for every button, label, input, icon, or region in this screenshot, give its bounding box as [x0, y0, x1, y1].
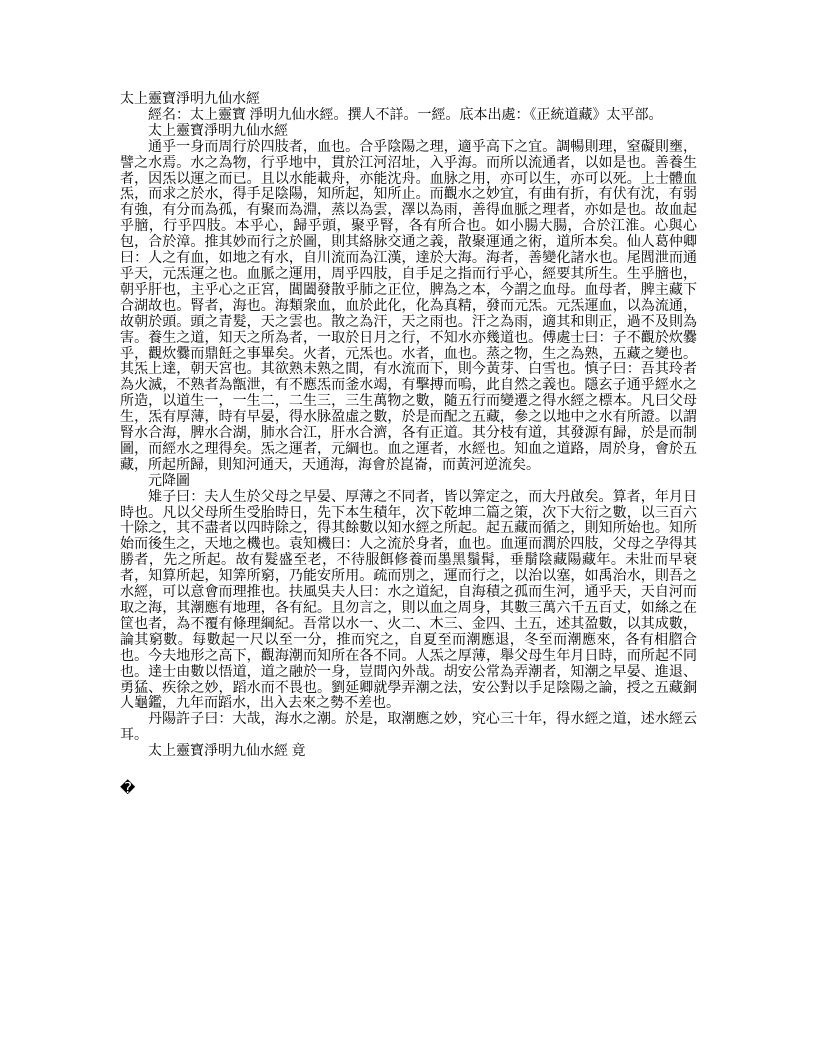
document-page: 太上靈寶淨明九仙水經 經名：太上靈寶 淨明九仙水經。撰人不詳。一經。底本出處：《…: [0, 0, 816, 1056]
body-paragraph-1: 通乎一身而周行於四肢者，血也。合乎陰陽之理，適乎高下之宜。調暢則理，窒礙則壅，譬…: [120, 140, 697, 474]
replacement-character-glyph: �: [120, 781, 697, 797]
body-paragraph-2: 雉子曰：夫人生於父母之早晏、厚薄之不同者，皆以筭定之，而大丹啟矣。算者，年月日時…: [120, 490, 697, 713]
end-line: 太上靈寶淨明九仙水經 竟: [120, 744, 697, 760]
section-heading-yuan-jiang-tu: 元降圖: [120, 474, 697, 490]
document-title: 太上靈寶淨明九仙水經: [120, 92, 697, 108]
body-paragraph-3: 丹陽許子曰：大哉，海水之潮。於是，取潮應之妙，究心三十年，得水經之道，述水經云耳…: [120, 712, 697, 744]
colophon-line: 經名：太上靈寶 淨明九仙水經。撰人不詳。一經。底本出處：《正統道藏》太平部。: [120, 108, 697, 124]
scripture-heading: 太上靈寶淨明九仙水經: [120, 124, 697, 140]
